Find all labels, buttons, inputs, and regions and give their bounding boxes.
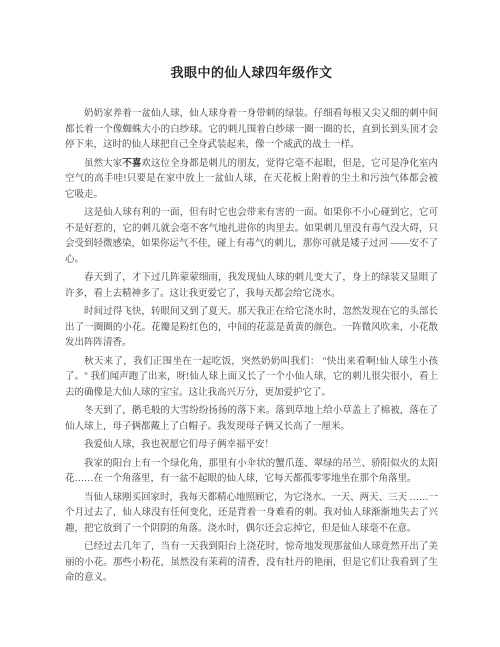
bold-text: 不喜 <box>122 159 141 169</box>
essay-paragraph: 已经过去几年了，当有一天我到阳台上浇花时，惊奇地发现那盆仙人球竟然开出了美丽的小… <box>65 540 438 587</box>
essay-paragraph: 奶奶家养着一盆仙人球，仙人球身着一身带刺的绿装。仔细看每根又尖又细的刺中间都长着… <box>65 107 438 154</box>
essay-paragraph: 春天到了，才下过几阵蒙蒙细雨，我发现仙人球的刺儿变大了，身上的绿装又显眼了许多，… <box>65 271 438 302</box>
essay-paragraph: 我爱仙人球，我也祝愿它们母子俩幸福平安！ <box>65 438 438 454</box>
essay-paragraph: 我家的阳台上有一个绿化角，那里有小伞状的蟹爪莲、翠绿的吊兰、骄阳似火的太阳花……… <box>65 457 438 488</box>
essay-paragraph: 时间过得飞快，转眼间又到了夏天。那天我正在给它浇水时，忽然发现在它的头部长出了一… <box>65 305 438 352</box>
essay-paragraph: 秋天来了，我们正围坐在一起吃饭，突然奶奶叫我们： "快出来看啊!仙人球生小孩了。… <box>65 355 438 402</box>
essay-paragraph: 冬天到了，鹅毛般的大雪纷纷扬扬的落下来。落到草地上给小草盖上了棉被，落在了仙人球… <box>65 404 438 435</box>
page-title: 我眼中的仙人球四年级作文 <box>65 62 438 81</box>
essay-body: 奶奶家养着一盆仙人球，仙人球身着一身带刺的绿装。仔细看每根又尖又细的刺中间都长着… <box>65 107 438 587</box>
document-page: 我眼中的仙人球四年级作文 奶奶家养着一盆仙人球，仙人球身着一身带刺的绿装。仔细看… <box>0 0 500 647</box>
essay-paragraph: 当仙人球刚买回家时，我每天都精心地照顾它，为它浇水。一天、两天、三天 ……一个月… <box>65 491 438 538</box>
essay-paragraph: 虽然大家不喜欢这位全身都是刺儿的朋友，觉得它毫不起眼，但是，它可是净化室内空气的… <box>65 157 438 204</box>
essay-paragraph: 这是仙人球有利的一面，但有时它也会带来有害的一面。如果你不小心碰到它，它可不是好… <box>65 206 438 268</box>
